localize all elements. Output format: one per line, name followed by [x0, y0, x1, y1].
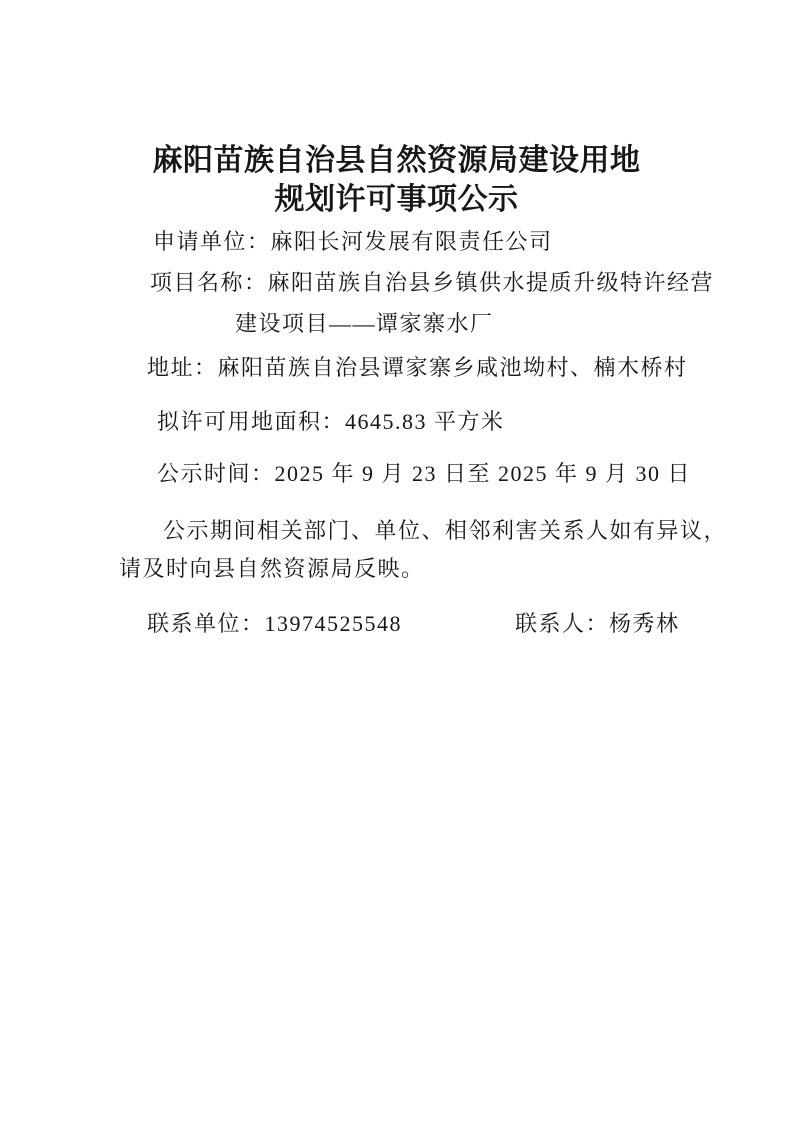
- paragraph-objection-line-2: 请及时向县自然资源局反映。: [119, 555, 425, 583]
- field-contact-person: 联系人：杨秀林: [515, 610, 680, 638]
- field-project-name-line-2: 建设项目——谭家寨水厂: [235, 310, 494, 338]
- document-title-line-2: 规划许可事项公示: [0, 182, 793, 218]
- field-publicity-period: 公示时间：2025 年 9 月 23 日至 2025 年 9 月 30 日: [157, 460, 691, 488]
- field-address: 地址：麻阳苗族自治县谭家寨乡咸池坳村、楠木桥村: [147, 354, 688, 382]
- document-page: 麻阳苗族自治县自然资源局建设用地 规划许可事项公示 申请单位：麻阳长河发展有限责…: [0, 0, 793, 1122]
- field-contact-unit: 联系单位：13974525548: [147, 610, 402, 638]
- field-applicant: 申请单位：麻阳长河发展有限责任公司: [153, 228, 553, 256]
- field-project-name-line-1: 项目名称：麻阳苗族自治县乡镇供水提质升级特许经营: [150, 269, 714, 297]
- paragraph-objection-line-1: 公示期间相关部门、单位、相邻利害关系人如有异议，: [163, 517, 727, 545]
- document-title-line-1: 麻阳苗族自治县自然资源局建设用地: [0, 143, 793, 179]
- field-land-area: 拟许可用地面积：4645.83 平方米: [157, 408, 505, 436]
